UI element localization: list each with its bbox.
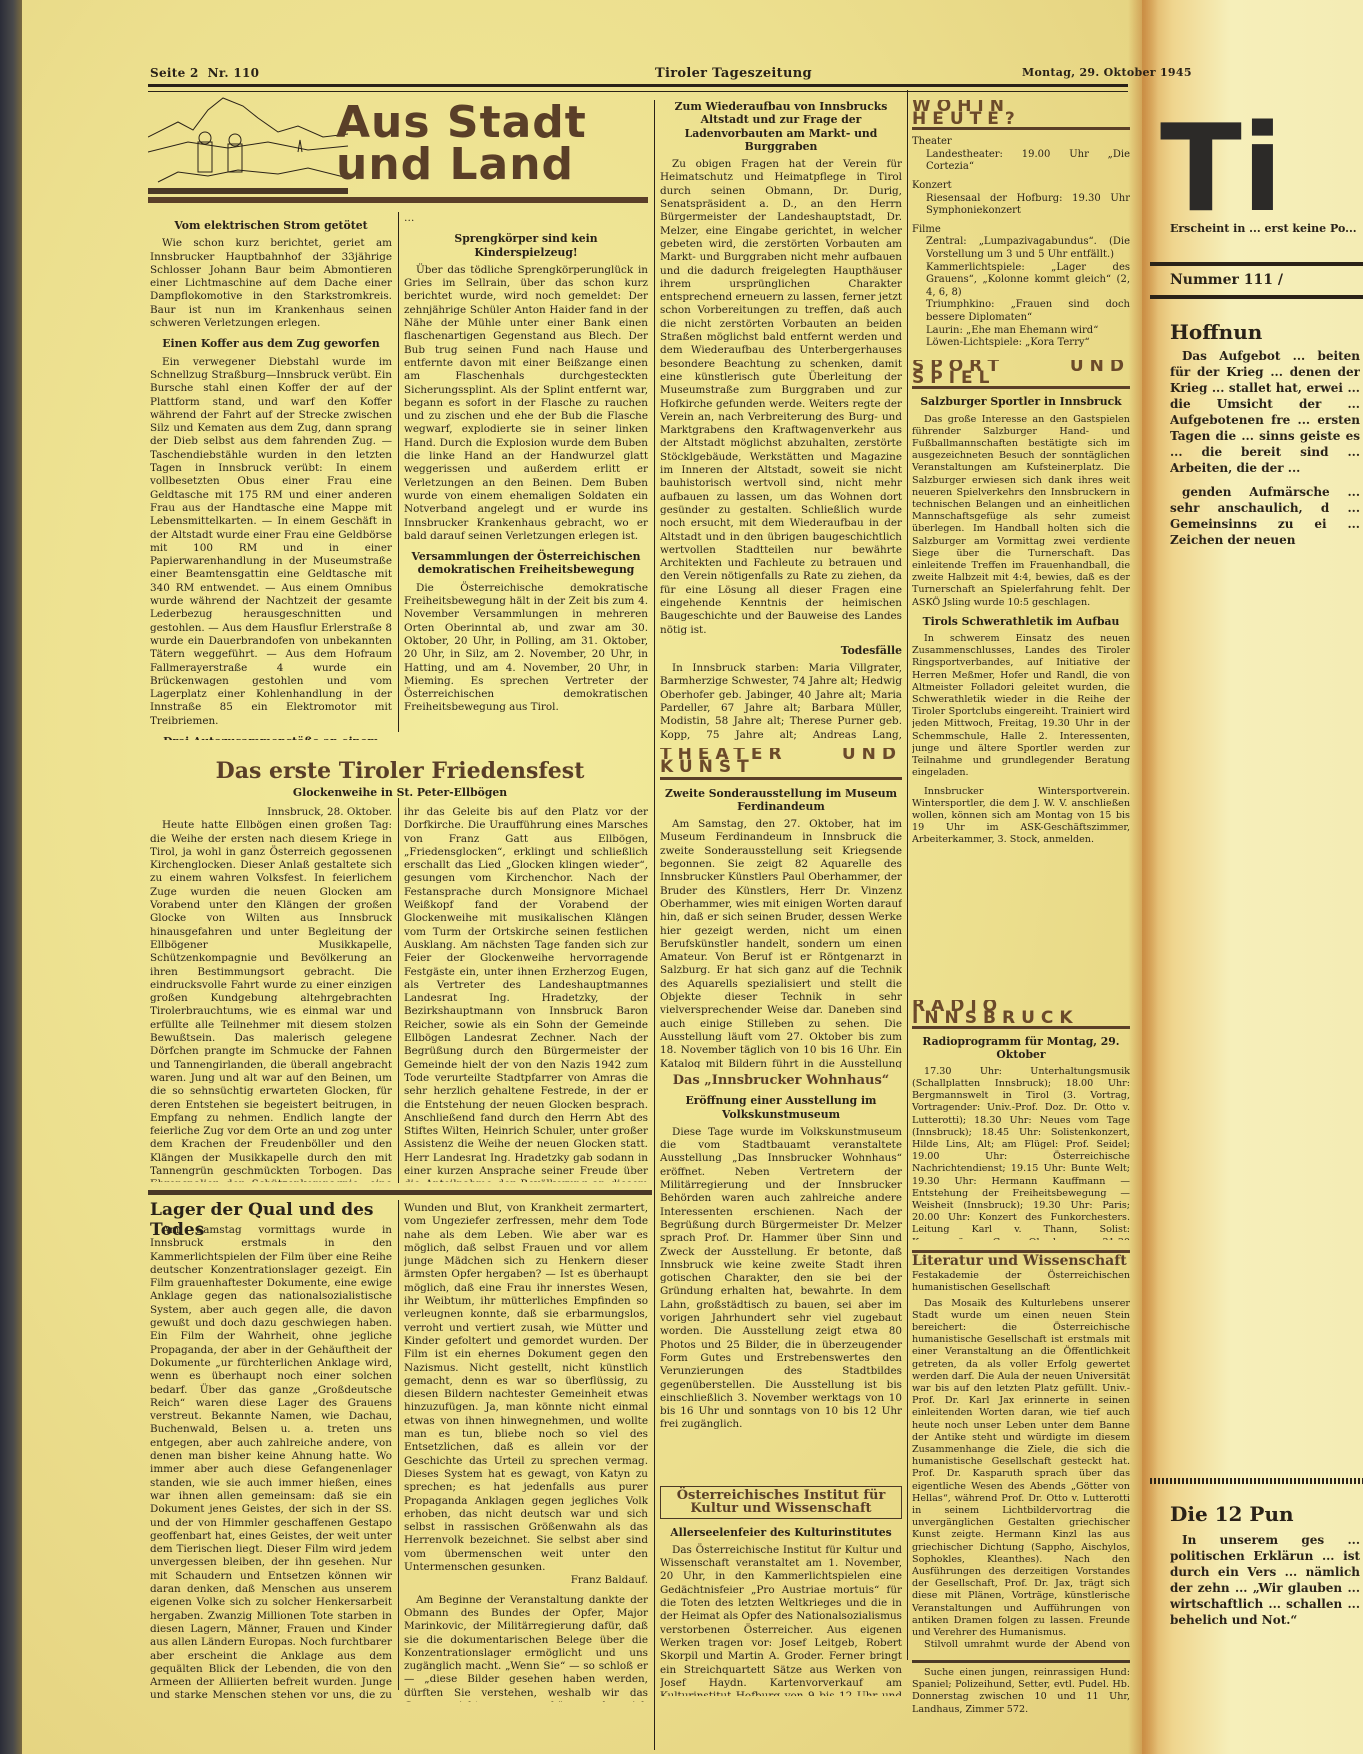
article-wintersport: Innsbrucker Wintersportverein. Winterspo… [912, 786, 1130, 847]
subhead-sport: Salzburger Sportler in Innsbruck [912, 396, 1130, 408]
header-rule [148, 84, 1128, 92]
headline-sport: SPORT UND SPIEL [912, 360, 1130, 389]
issue-number: Nr. 110 [208, 66, 260, 80]
headline-institut: Österreichisches Institut für Kultur und… [660, 1486, 902, 1519]
next-page-text-snippet: genden Aufmärsche ... sehr anschaulich, … [1170, 484, 1360, 548]
article-literatur-2: Stilvoll umrahmt wurde der Abend von mus… [912, 1639, 1130, 1650]
byline-lager: Franz Baldauf. [404, 1574, 648, 1587]
friedensfest-left: Innsbruck, 28. Oktober. Heute hatte Ellb… [150, 806, 392, 1182]
next-page-rule [1150, 262, 1363, 266]
institut-section: Österreichisches Institut für Kultur und… [660, 1486, 902, 1696]
headline-wiederaufbau: Zum Wiederaufbau von Innsbrucks Altstadt… [660, 100, 902, 153]
subhead-radio: Radioprogramm für Montag, 29. Oktober [912, 1036, 1130, 1060]
article-theater: Am Samstag, den 27. Oktober, hat im Muse… [660, 818, 902, 1068]
headline-friedensfest: Das erste Tiroler Friedensfest [150, 758, 650, 784]
classified-ad: Suche einen jungen, reinrassigen Hund: S… [912, 1660, 1130, 1727]
next-page-column: Das Aufgebot ... beiten für der Krieg ..… [1170, 348, 1360, 1398]
section-title: Aus Stadt und Land [336, 102, 648, 186]
column-rule [654, 100, 655, 1750]
paper-name: Tiroler Tageszeitung [655, 66, 812, 81]
sport-section: SPORT UND SPIEL Salzburger Sportler in I… [912, 360, 1130, 1000]
article-spreng: Über das tödliche Sprengkörperunglück in… [404, 264, 648, 543]
theater-section: THEATER UND KUNST Zweite Sonderausstellu… [660, 748, 902, 1068]
subhead-theater: Zweite Sonderausstellung im Museum Ferdi… [660, 787, 902, 814]
next-page-text-2: In unserem ges ... politischen Erklärun … [1170, 1532, 1360, 1628]
radio-program: 17.30 Uhr: Unterhaltungsmusik (Schallpla… [912, 1066, 1130, 1240]
listing-entry: Löwen-Lichtspiele: „Kora Terry“ [912, 337, 1130, 350]
classified-text: Suche einen jungen, reinrassigen Hund: S… [912, 1667, 1130, 1716]
listing-entry: Zentral: „Lumpazivagabundus“. (Die Vorst… [912, 236, 1130, 261]
subhead-schwerathletik: Tirols Schwerathletik im Aufbau [912, 616, 1130, 628]
column-2: … Sprengkörper sind kein Kinderspielzeug… [404, 212, 648, 740]
column-3: Zum Wiederaufbau von Innsbrucks Altstadt… [660, 100, 902, 740]
wohnhaus-section: Das „Innsbrucker Wohnhaus“ Eröffnung ein… [660, 1074, 902, 1454]
article-lager-left: Am Samstag vormittags wurde in Innsbruck… [150, 1224, 392, 1700]
headline-radio: RADIO INNSBRUCK [912, 1000, 1130, 1029]
next-page-tagline: Erscheint in ... erst keine Po... [1170, 222, 1357, 235]
column-rule [907, 90, 908, 1660]
subhead-literatur: Festakademie der Österreichischen humani… [912, 1270, 1130, 1294]
headline-theater: THEATER UND KUNST [660, 748, 902, 780]
headline-koffer: Einen Koffer aus dem Zug geworfen [150, 337, 392, 350]
next-page-masthead: Ti [1160, 100, 1283, 239]
listing-entry: Riesensaal der Hofburg: 19.30 Uhr Sympho… [912, 193, 1130, 218]
lager-left: Am Samstag vormittags wurde in Innsbruck… [150, 1224, 392, 1700]
article-koffer: Ein verwegener Diebstahl wurde im Schnel… [150, 356, 392, 728]
next-page-headline-2: Die 12 Pun [1170, 1502, 1294, 1526]
next-page-text-1: Das Aufgebot ... beiten für der Krieg ..… [1170, 348, 1360, 476]
column-1: Vom elektrischen Strom getötet Wie schon… [150, 212, 392, 740]
column-rule [398, 212, 399, 732]
headline-auto: Drei Autozusammenstöße an einem Tage [150, 735, 392, 740]
article-wiederaufbau: Zu obigen Fragen hat der Verein für Heim… [660, 158, 902, 637]
wohin-heute-box: WOHIN HEUTE? Theater Landestheater: 19.0… [912, 100, 1130, 350]
dateline: Innsbruck, 28. Oktober. [150, 806, 392, 819]
headline-literatur: Literatur und Wissenschaft [912, 1250, 1130, 1267]
column-rule [398, 1200, 399, 1690]
page-number: Seite 2 Nr. 110 [150, 66, 259, 80]
headline-wohin-heute: WOHIN HEUTE? [912, 100, 1130, 130]
article-friedensfest-left: Heute hatte Ellbögen einen großen Tag: d… [150, 819, 392, 1182]
article-literatur: Das Mosaik des Kulturlebens unserer Stad… [912, 1298, 1130, 1640]
listing-label-konzert: Konzert [912, 180, 1130, 193]
headline-wohnhaus: Das „Innsbrucker Wohnhaus“ [660, 1074, 902, 1087]
listing-entry: Landestheater: 19.00 Uhr „Die Cortezia“ [912, 149, 1130, 174]
listing-entry: Kammerlichtspiele: „Lager des Grauens“, … [912, 262, 1130, 300]
radio-section: RADIO INNSBRUCK Radioprogramm für Montag… [912, 1000, 1130, 1240]
lager-right: Wunden und Blut, von Krankheit zermarter… [404, 1202, 648, 1702]
column-rule [398, 798, 399, 1183]
article-lager-right-2: Am Beginne der Veranstaltung dankte der … [404, 1594, 648, 1702]
subhead-friedensfest: Glockenweihe in St. Peter-Ellbögen [150, 786, 650, 799]
page-label: Seite 2 [150, 66, 199, 80]
literatur-section: Literatur und Wissenschaft Festakademie … [912, 1250, 1130, 1650]
headline-todesfaelle: Todesfälle [660, 644, 902, 657]
listing-label-filme: Filme [912, 224, 1130, 237]
next-page-headline-1: Hoffnun [1170, 320, 1262, 344]
masthead-bar [148, 197, 648, 203]
article-todesfaelle: In Innsbruck starben: Maria Villgrater, … [660, 662, 902, 740]
next-page-issue: Nummer 111 / [1170, 272, 1283, 288]
article-lager-right: Wunden und Blut, von Krankheit zermarter… [404, 1202, 648, 1574]
listing-entry: Triumphkino: „Frauen sind doch bessere D… [912, 299, 1130, 324]
article-strom: Wie schon kurz berichtet, geriet am Inns… [150, 237, 392, 330]
scan-binding-edge [0, 0, 22, 1754]
article-friedensfest-right: ihr das Geleite bis auf den Platz vor de… [404, 806, 648, 1182]
friedensfest-right: ihr das Geleite bis auf den Platz vor de… [404, 806, 648, 1182]
headline-versamm: Versammlungen der Österreichischen demok… [404, 550, 648, 577]
article-auto-continued: … [404, 212, 648, 225]
listing-label-theater: Theater [912, 136, 1130, 149]
section-masthead: Aus Stadt und Land [148, 92, 648, 202]
listing-entry: Laurin: „Ehe man Ehemann wird“ [912, 325, 1130, 338]
issue-date: Montag, 29. Oktober 1945 [1022, 66, 1192, 79]
subhead-wohnhaus: Eröffnung einer Ausstellung im Volkskuns… [660, 1094, 902, 1121]
next-page-divider [1150, 1478, 1363, 1484]
article-institut: Das Österreichische Institut für Kultur … [660, 1544, 902, 1696]
innsbruck-skyline-illustration [148, 92, 348, 197]
article-sport: Das große Interesse an den Gastspielen f… [912, 414, 1130, 609]
subhead-institut: Allerseelenfeier des Kulturinstitutes [660, 1526, 902, 1539]
article-schwerathletik: In schwerem Einsatz des neuen Zusammensc… [912, 633, 1130, 779]
next-page-column-2: In unserem ges ... politischen Erklärun … [1170, 1532, 1360, 1732]
headline-spreng: Sprengkörper sind kein Kinderspielzeug! [404, 232, 648, 259]
article-versamm: Die Österreichische demokratische Freihe… [404, 582, 648, 715]
headline-strom: Vom elektrischen Strom getötet [150, 219, 392, 232]
section-divider [148, 1190, 652, 1195]
next-page-rule [1150, 295, 1363, 299]
article-wohnhaus: Diese Tage wurde im Volkskunstmuseum die… [660, 1126, 902, 1432]
